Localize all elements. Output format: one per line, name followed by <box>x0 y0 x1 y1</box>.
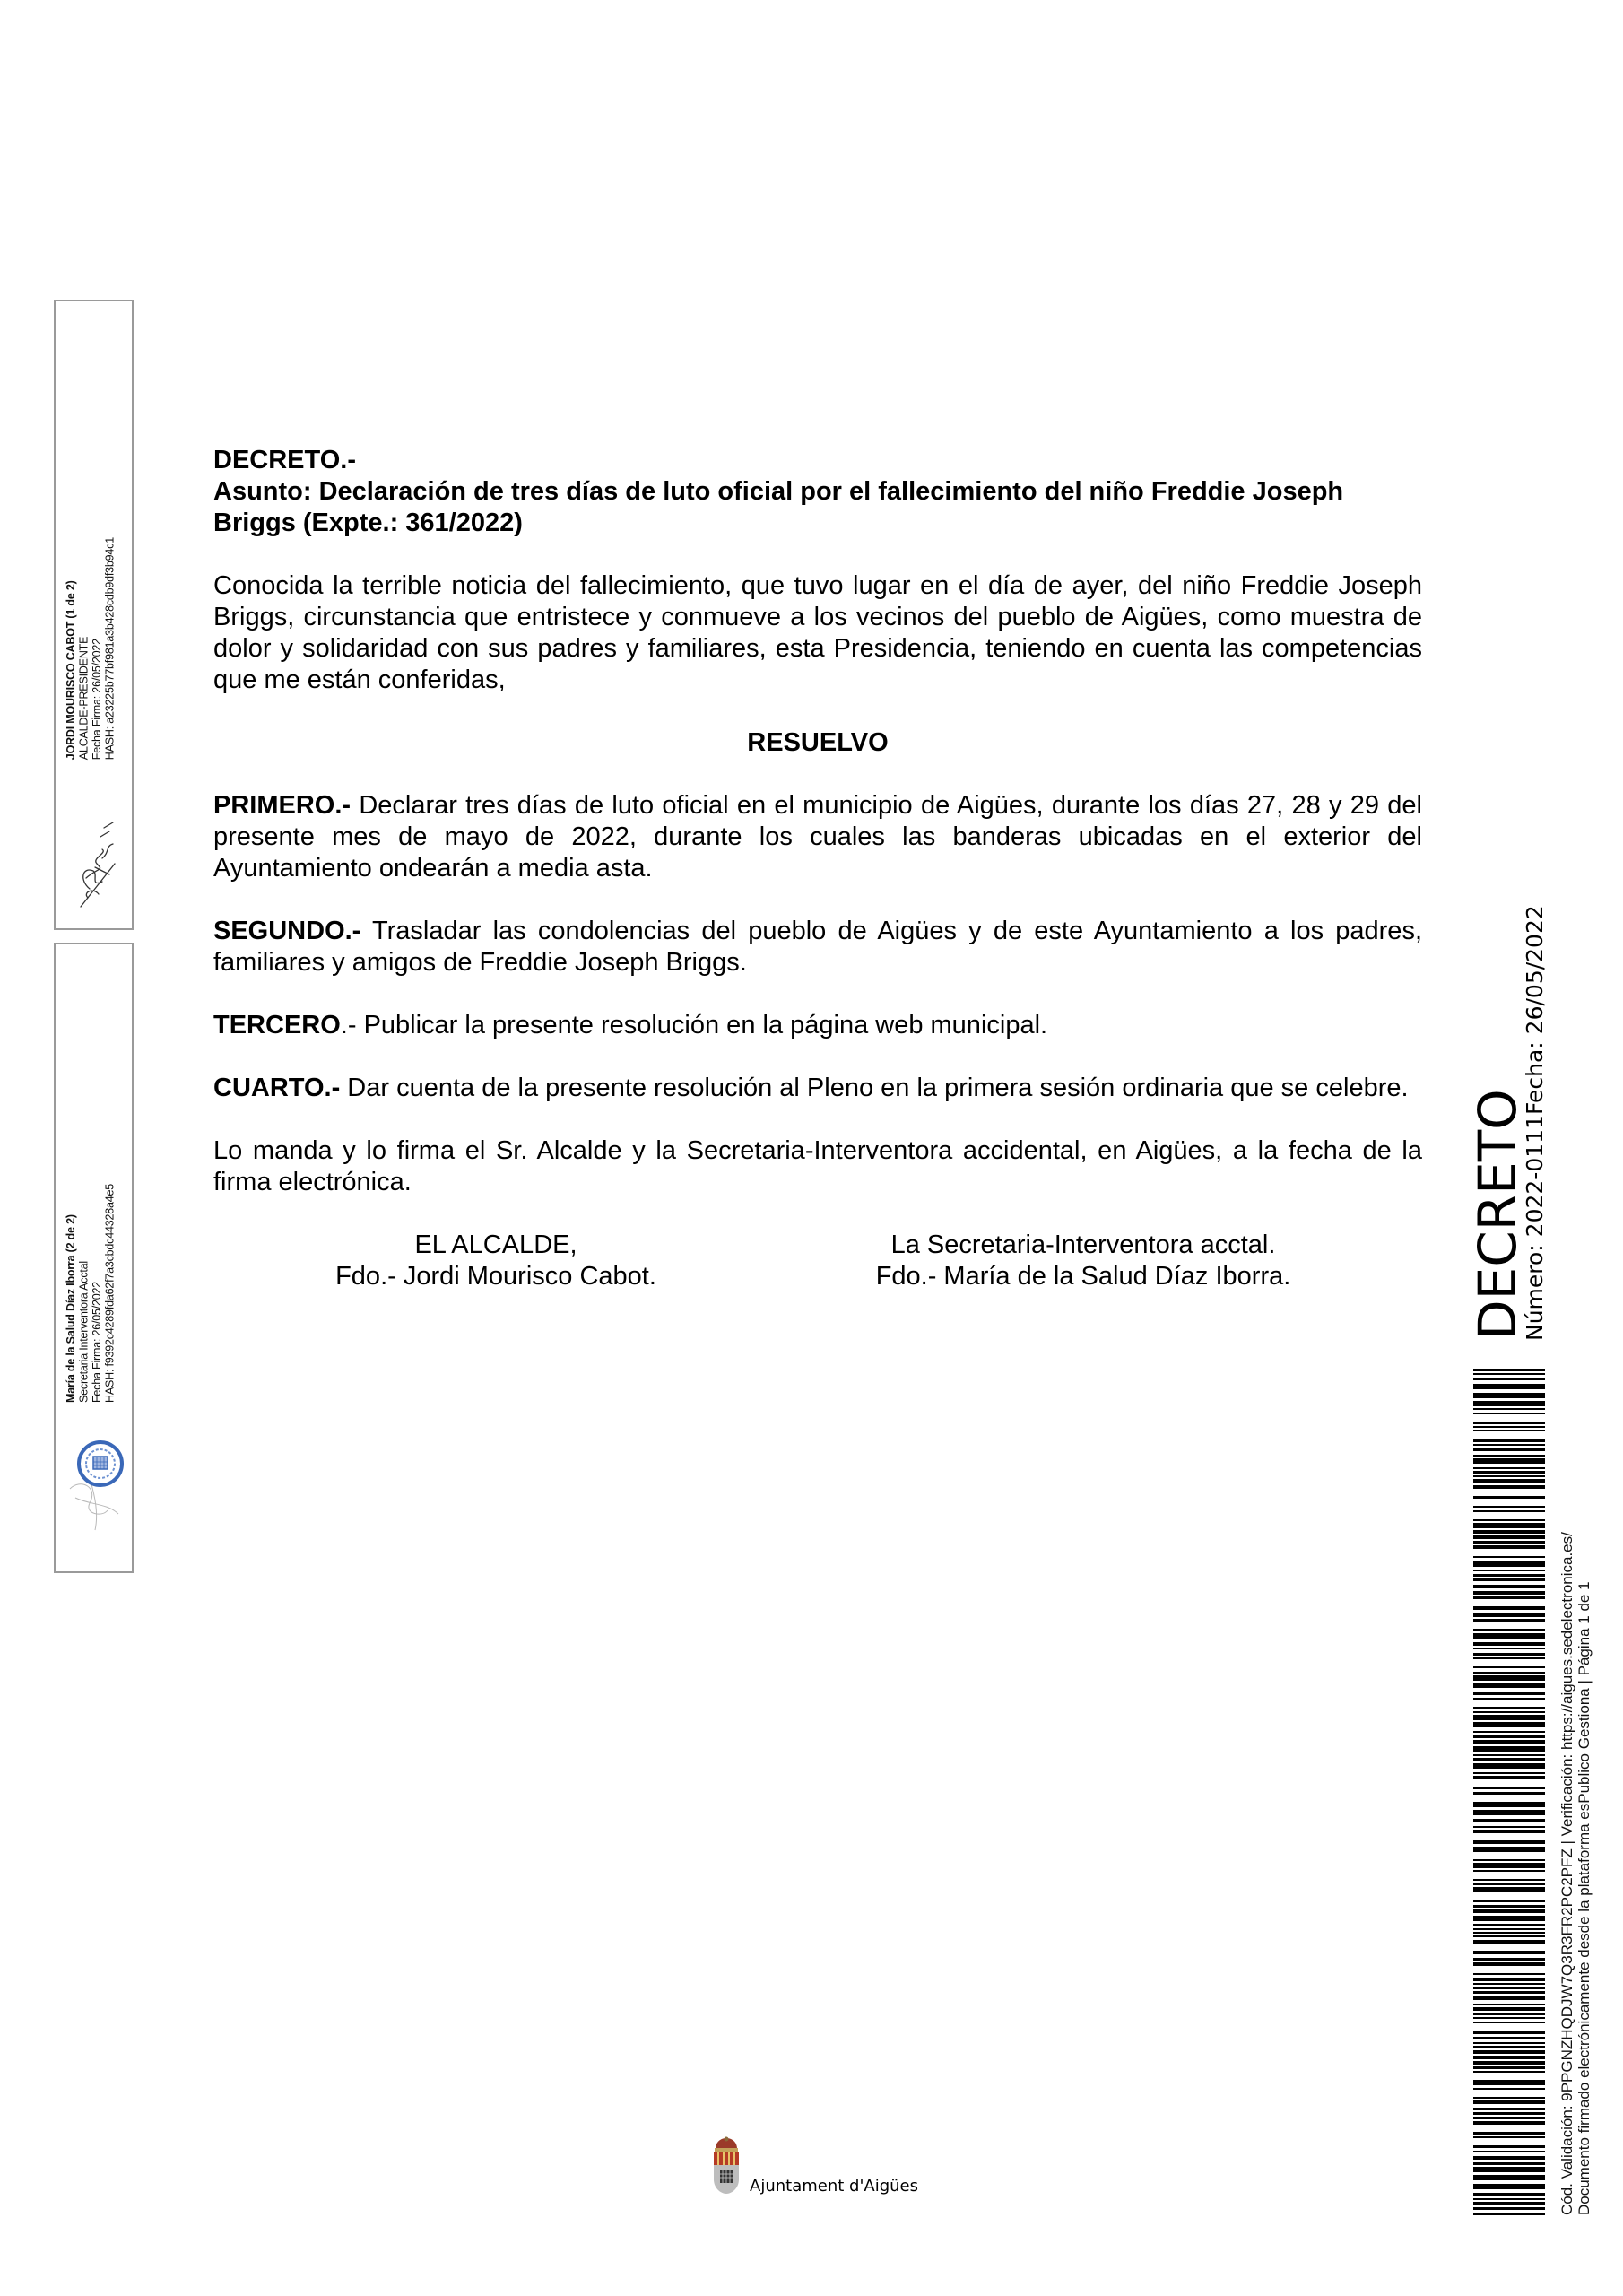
point-text: Publicar la presente resolución en la pá… <box>357 1011 1048 1039</box>
stamp-meta: Número: 2022-0111Fecha: 26/05/2022 <box>1523 892 1548 1341</box>
signature-details: JORDI MOURISCO CABOT (1 de 2) ALCALDE-PR… <box>65 537 120 760</box>
signature-details: María de la Salud Díaz Iborra (2 de 2) S… <box>65 1184 120 1403</box>
resolution-point-first: PRIMERO.- Declarar tres días de luto ofi… <box>213 790 1422 884</box>
resolution-point-fourth: CUARTO.- Dar cuenta de la presente resol… <box>213 1073 1422 1104</box>
signer-name: María de la Salud Díaz Iborra (2 de 2) <box>65 1184 78 1403</box>
signature-date: Fecha Firma: 26/05/2022 <box>91 537 104 760</box>
point-label: TERCERO <box>213 1011 341 1039</box>
signature-box-secretary: María de la Salud Díaz Iborra (2 de 2) S… <box>54 943 134 1573</box>
organization-name: Ajuntament d'Aigües <box>750 2177 918 2196</box>
barcode-icon <box>1473 1369 1545 2215</box>
point-text: Dar cuenta de la presente resolución al … <box>340 1074 1408 1102</box>
signature-date: Fecha Firma: 26/05/2022 <box>91 1184 104 1403</box>
decree-intro: Conocida la terrible noticia del falleci… <box>213 570 1422 696</box>
signer-role: ALCALDE-PRESIDENTE <box>78 537 91 760</box>
signer-title: EL ALCALDE, <box>213 1230 778 1261</box>
coat-of-arms-icon <box>710 2136 742 2196</box>
resolution-point-third: TERCERO.- Publicar la presente resolució… <box>213 1010 1422 1041</box>
decree-body: DECRETO.- Asunto: Declaración de tres dí… <box>213 445 1422 1292</box>
signature-hash: HASH: a23225b77bf981a3b428cdb9df3b94c1 <box>104 537 117 760</box>
point-label: SEGUNDO.- <box>213 917 360 945</box>
validation-code: Cód. Validación: 9PPGNZHQDJW7Q3R3FR2PC2P… <box>1558 1471 1575 2215</box>
point-text: Trasladar las condolencias del pueblo de… <box>213 917 1422 977</box>
point-label: CUARTO.- <box>213 1074 340 1102</box>
signature-box-mayor: JORDI MOURISCO CABOT (1 de 2) ALCALDE-PR… <box>54 300 134 930</box>
stamp-number: Número: 2022-0111 <box>1522 1115 1548 1341</box>
signer-secretary: La Secretaria-Interventora acctal. Fdo.-… <box>814 1230 1352 1292</box>
decree-title: DECRETO.- <box>213 445 1422 476</box>
stamp-date: Fecha: 26/05/2022 <box>1522 905 1548 1115</box>
footer-logo: Ajuntament d'Aigües <box>710 2136 918 2196</box>
signer-title: La Secretaria-Interventora acctal. <box>814 1230 1352 1261</box>
verification-info: Cód. Validación: 9PPGNZHQDJW7Q3R3FR2PC2P… <box>1558 1471 1594 2215</box>
handwritten-signature-icon <box>63 781 127 916</box>
point-text: Declarar tres días de luto oficial en el… <box>213 791 1422 883</box>
signer-role: Secretaria Interventora Acctal <box>78 1184 91 1403</box>
signer-mayor: EL ALCALDE, Fdo.- Jordi Mourisco Cabot. <box>213 1230 778 1292</box>
stamp-document-type: DECRETO <box>1475 1132 1520 1340</box>
official-seal-icon <box>63 1424 127 1559</box>
signer-name: Fdo.- Jordi Mourisco Cabot. <box>213 1261 778 1292</box>
signature-hash: HASH: f9392c4289fda62f7a3cbdc44328a4e5 <box>104 1184 117 1403</box>
closing-statement: Lo manda y lo firma el Sr. Alcalde y la … <box>213 1135 1422 1198</box>
signer-name: Fdo.- María de la Salud Díaz Iborra. <box>814 1261 1352 1292</box>
point-label: PRIMERO.- <box>213 791 351 820</box>
resolution-point-second: SEGUNDO.- Trasladar las condolencias del… <box>213 916 1422 978</box>
signers-block: EL ALCALDE, Fdo.- Jordi Mourisco Cabot. … <box>213 1230 1422 1292</box>
decree-subject: Asunto: Declaración de tres días de luto… <box>213 476 1422 539</box>
point-label-suffix: .- <box>341 1011 357 1039</box>
platform-note: Documento firmado electrónicamente desde… <box>1575 1471 1593 2215</box>
signer-name: JORDI MOURISCO CABOT (1 de 2) <box>65 537 78 760</box>
resolve-heading: RESUELVO <box>213 727 1422 759</box>
